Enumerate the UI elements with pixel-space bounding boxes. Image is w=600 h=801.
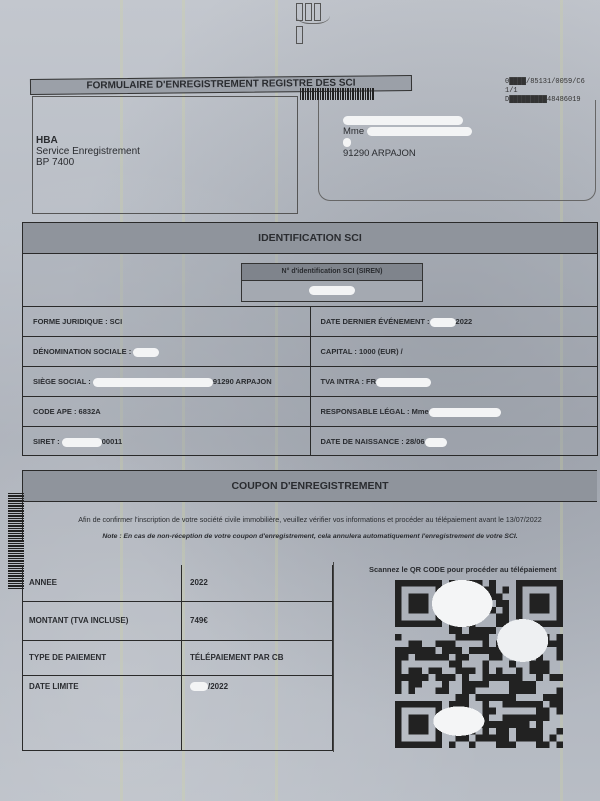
- redaction: [367, 127, 472, 136]
- payment-value: 2022: [182, 565, 333, 601]
- institution-logo-icon: [296, 3, 330, 24]
- coupon-info: Afin de confirmer l'inscription de votre…: [23, 515, 597, 524]
- identification-field: TVA INTRA : FR: [311, 367, 598, 396]
- identification-field: FORME JURIDIQUE : SCI: [23, 307, 311, 336]
- identification-field: RESPONSABLE LÉGAL : Mme: [311, 397, 598, 426]
- redaction: [93, 378, 213, 387]
- coupon-note: Note : En cas de non-réception de votre …: [23, 533, 597, 540]
- payment-row: TYPE DE PAIEMENTTÉLÉPAIEMENT PAR CB: [23, 641, 333, 676]
- identification-grid: FORME JURIDIQUE : SCIDATE DERNIER ÉVÉNEM…: [23, 306, 597, 456]
- payment-table: ANNEE2022MONTANT (TVA INCLUSE)749€TYPE D…: [22, 565, 333, 751]
- payment-row: DATE LIMITE/2022: [23, 676, 333, 751]
- identification-row: FORME JURIDIQUE : SCIDATE DERNIER ÉVÉNEM…: [23, 307, 597, 337]
- payment-value: /2022: [182, 676, 333, 751]
- sender-address: HBA Service Enregistrement BP 7400: [36, 135, 140, 168]
- identification-field: SIÈGE SOCIAL : 91290 ARPAJON: [23, 367, 311, 396]
- identification-field: SIRET : 00011: [23, 427, 311, 456]
- redaction: [425, 438, 447, 447]
- redaction: [343, 116, 463, 125]
- qr-caption: Scannez le QR CODE pour procéder au télé…: [369, 565, 557, 574]
- identification-field: CODE APE : 6832A: [23, 397, 311, 426]
- payment-label: DATE LIMITE: [23, 676, 182, 751]
- payment-row: ANNEE2022: [23, 565, 333, 602]
- identification-field: CAPITAL : 1000 (EUR) /: [311, 337, 598, 366]
- identification-row: SIÈGE SOCIAL : 91290 ARPAJONTVA INTRA : …: [23, 367, 597, 397]
- coupon-section: COUPON D'ENREGISTREMENT Afin de confirme…: [22, 470, 597, 541]
- document-photo: FORMULAIRE D'ENREGISTREMENT REGISTRE DES…: [0, 0, 600, 801]
- payment-label: TYPE DE PAIEMENT: [23, 641, 182, 675]
- identification-section: IDENTIFICATION SCI N° d'identification S…: [22, 222, 598, 456]
- payment-row: MONTANT (TVA INCLUSE)749€: [23, 602, 333, 641]
- identification-row: CODE APE : 6832ARESPONSABLE LÉGAL : Mme: [23, 397, 597, 427]
- payment-value: 749€: [182, 602, 333, 640]
- redaction: [430, 318, 456, 327]
- redaction: [62, 438, 102, 447]
- redaction: [309, 286, 355, 295]
- redaction: [376, 378, 431, 387]
- identification-field: DÉNOMINATION SOCIALE :: [23, 337, 311, 366]
- identification-row: DÉNOMINATION SOCIALE : CAPITAL : 1000 (E…: [23, 337, 597, 367]
- siren-box: N° d'identification SCI (SIREN): [241, 263, 423, 302]
- qr-code-icon[interactable]: [395, 578, 563, 750]
- redaction: [190, 682, 208, 691]
- section-title: COUPON D'ENREGISTREMENT: [23, 471, 597, 502]
- payment-label: ANNEE: [23, 565, 182, 601]
- payment-label: MONTANT (TVA INCLUSE): [23, 602, 182, 640]
- recipient-address: Mme 91290 ARPAJON: [343, 115, 472, 159]
- identification-row: SIRET : 00011DATE DE NAISSANCE : 28/06: [23, 427, 597, 456]
- redaction: [343, 138, 351, 147]
- payment-value: TÉLÉPAIEMENT PAR CB: [182, 641, 333, 675]
- identification-field: DATE DERNIER ÉVÉNEMENT :2022: [311, 307, 598, 336]
- barcode-icon: [300, 88, 374, 100]
- redaction: [429, 408, 501, 417]
- section-title: IDENTIFICATION SCI: [23, 223, 597, 254]
- redaction: [133, 348, 159, 357]
- identification-field: DATE DE NAISSANCE : 28/06: [311, 427, 598, 456]
